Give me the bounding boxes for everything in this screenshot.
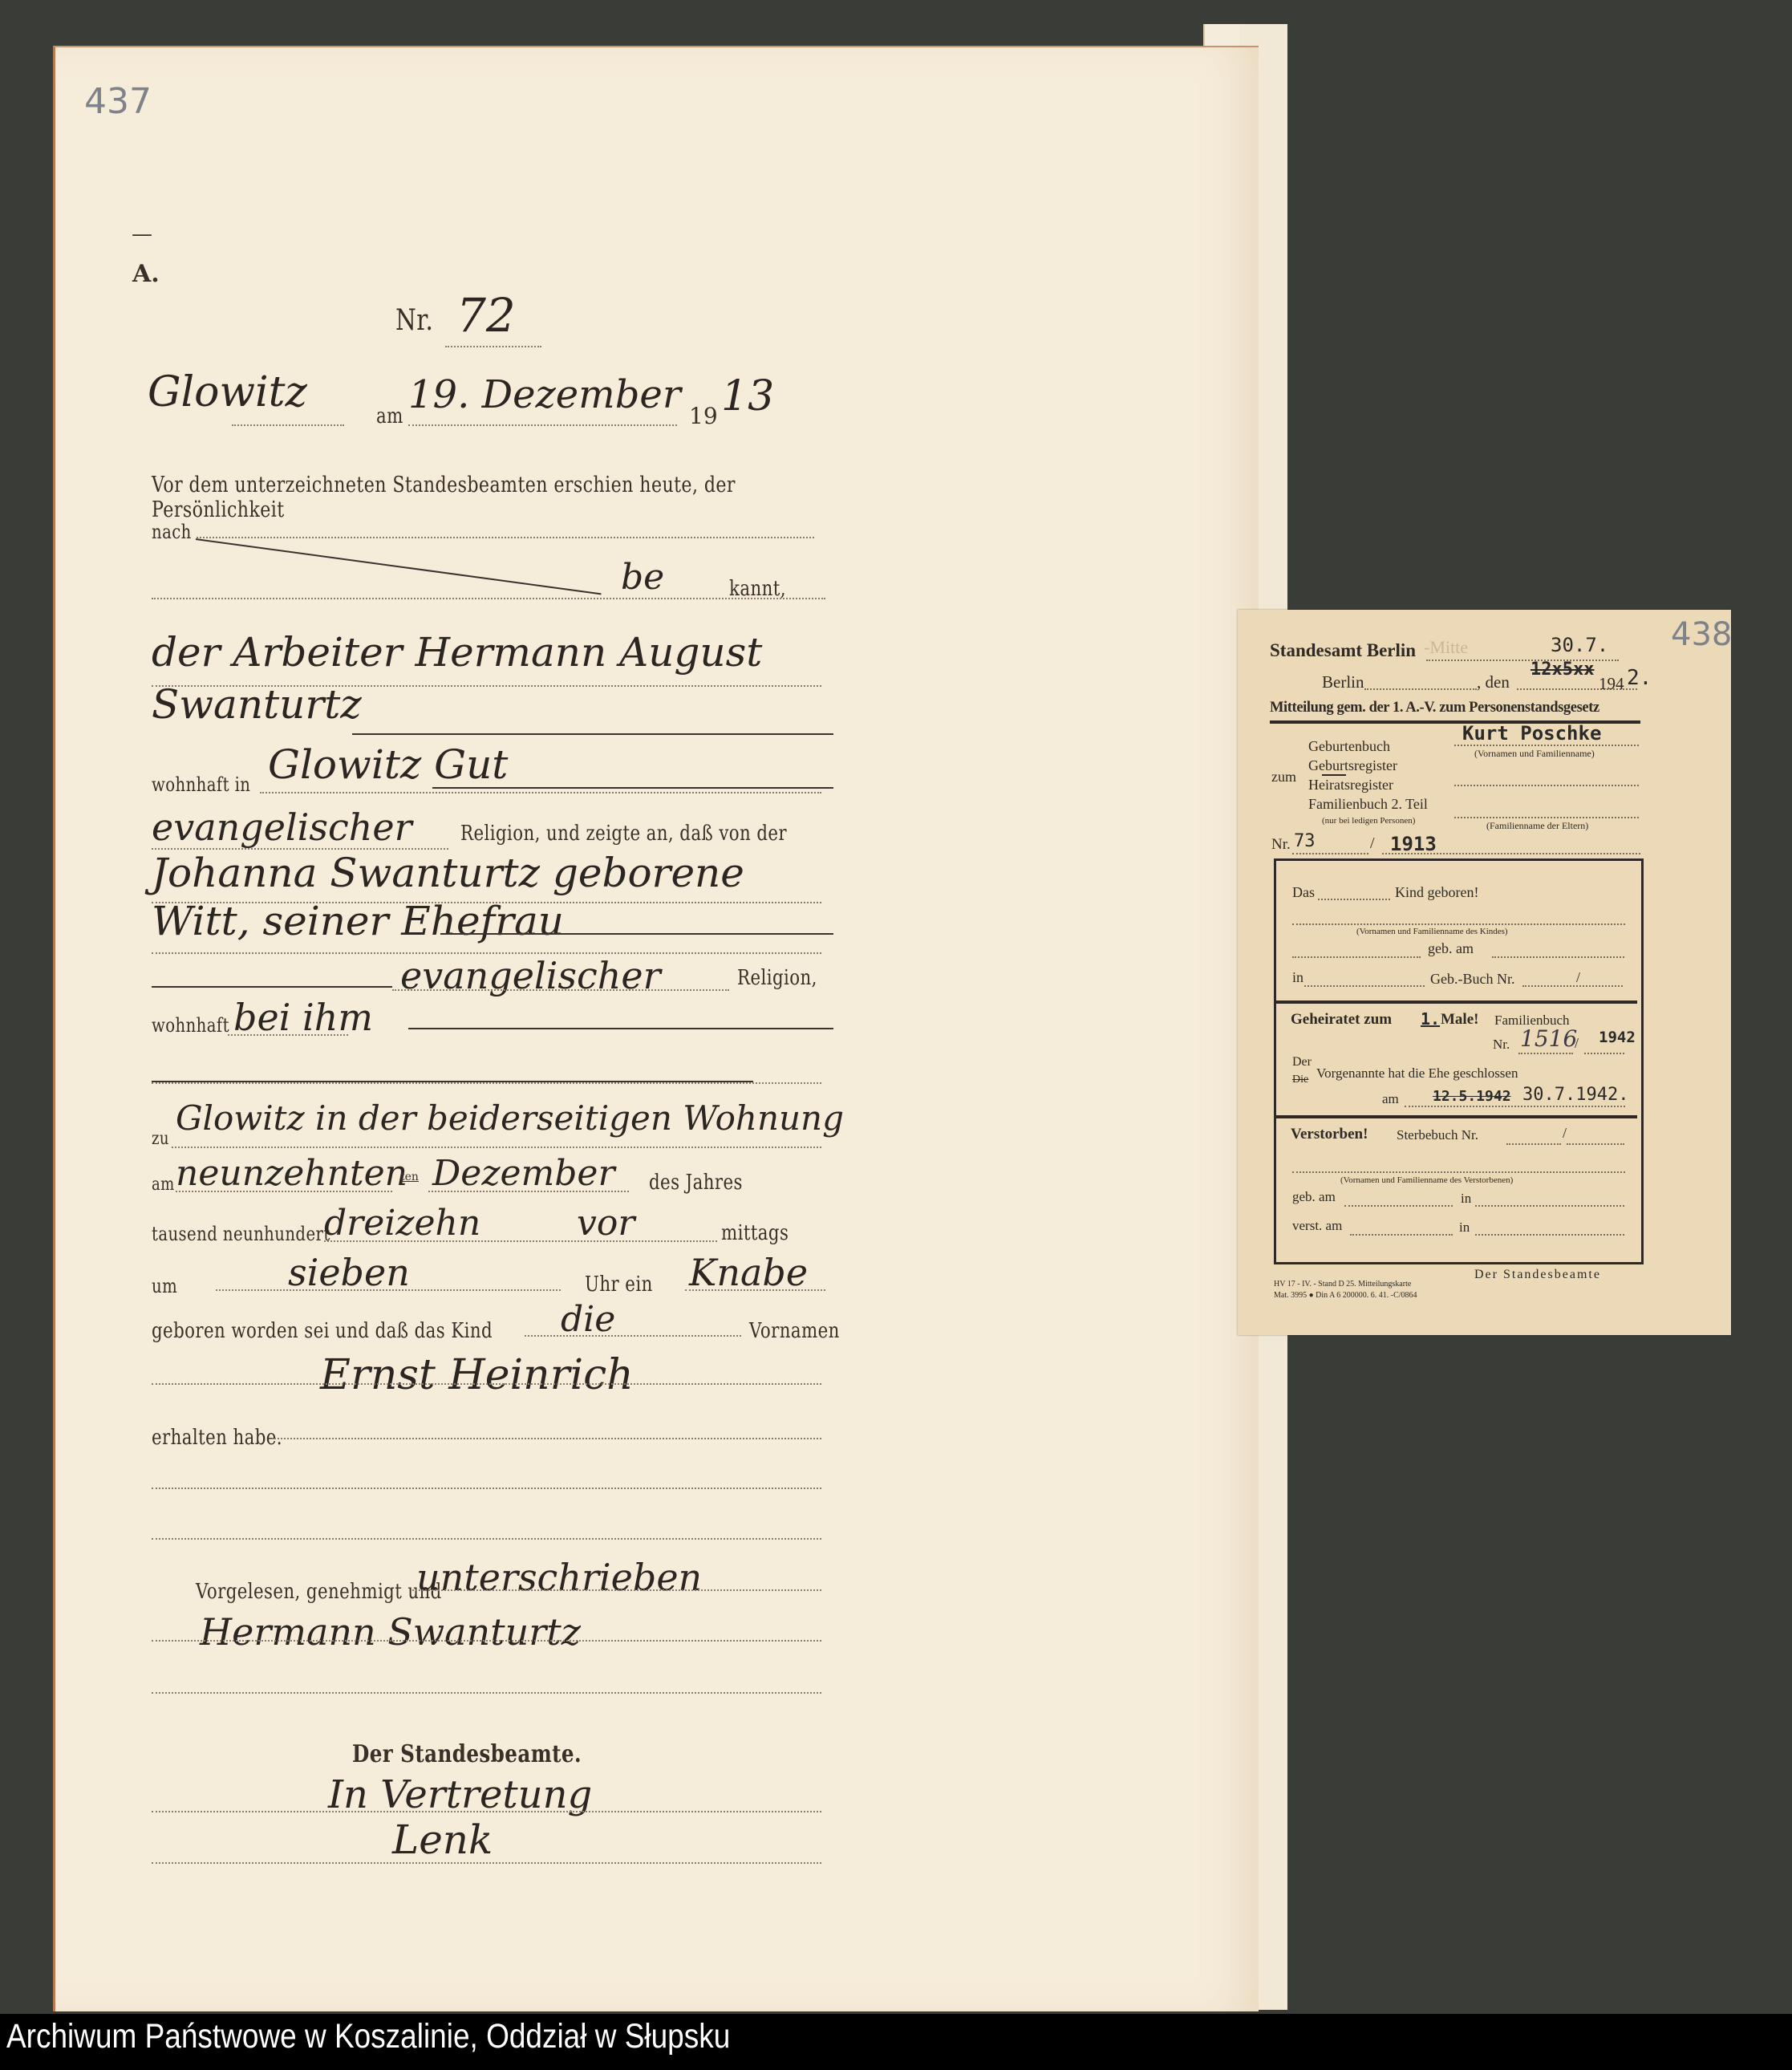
line — [176, 1191, 392, 1192]
wohnhaft-label: wohnhaft — [152, 1014, 229, 1037]
registrar-signature-2: Lenk — [392, 1816, 493, 1863]
line — [1292, 1171, 1625, 1173]
marriage-date-typed: 30.7.1942. — [1522, 1085, 1628, 1105]
line — [408, 1028, 833, 1029]
line — [1382, 853, 1640, 854]
line — [1454, 817, 1639, 818]
child-sex-handwritten: Knabe — [689, 1251, 808, 1294]
line — [228, 1034, 348, 1036]
marriage-nr-label: Nr. — [1493, 1037, 1510, 1053]
marriage-year-typed: 1942 — [1599, 1029, 1636, 1046]
line — [1344, 1205, 1453, 1207]
line — [152, 1692, 821, 1694]
line — [1454, 785, 1639, 786]
line — [428, 1191, 629, 1192]
selection-underline — [1322, 774, 1346, 776]
die-handwritten: die — [561, 1299, 615, 1340]
um-label: um — [152, 1275, 177, 1297]
marriage-text: Vorgenannte hat die Ehe geschlossen — [1316, 1065, 1518, 1082]
ten-label: ten — [400, 1171, 419, 1183]
line — [152, 986, 392, 988]
form-code-1: HV 17 - IV. - Stand D 25. Mitteilungskar… — [1274, 1280, 1411, 1289]
line — [152, 1811, 821, 1812]
line — [172, 1147, 821, 1148]
mittags-label: mittags — [721, 1221, 789, 1245]
married-times-typed: 1. — [1421, 1009, 1440, 1029]
notification-card: 438 Standesamt Berlin -Mitte 30.7. Berli… — [1238, 610, 1731, 1335]
nach-label: nach — [152, 521, 192, 543]
geboren-label: geboren worden sei und daß das Kind — [152, 1319, 493, 1343]
birthplace-handwritten: Glowitz in der beiderseitigen Wohnung — [176, 1098, 844, 1138]
den-label: , den — [1477, 672, 1510, 692]
line — [197, 537, 814, 538]
informant-name-line2: Swanturtz — [152, 681, 362, 728]
card-nr-year: 1913 — [1390, 833, 1437, 855]
book-type-familienbuch: Familienbuch 2. Teil — [1308, 794, 1428, 814]
day-words-handwritten: neunzehnten — [176, 1153, 407, 1194]
vorgelesen-label: Vorgelesen, genehmigt und — [196, 1580, 442, 1604]
card-heading: Mitteilung gem. der 1. A.-V. zum Persone… — [1270, 700, 1599, 716]
page-number-pencil: 437 — [84, 81, 152, 122]
berlin-label: Berlin — [1322, 672, 1364, 692]
marriage-nr-slash: / — [1575, 1035, 1579, 1052]
line — [216, 1289, 561, 1291]
gebbuch-label: Geb.-Buch Nr. — [1430, 971, 1514, 988]
line — [412, 1589, 821, 1591]
struck-date: 12x5xx — [1530, 660, 1594, 680]
uhr-ein-label: Uhr ein — [585, 1272, 653, 1297]
erhalten-label: erhalten habe. — [152, 1426, 282, 1450]
card-nr-value: 73 — [1294, 831, 1316, 851]
gebbuch-slash: / — [1576, 969, 1580, 986]
marriage-am-label: am — [1382, 1091, 1399, 1107]
book-type-geburtsregister: Geburtsregister — [1308, 756, 1428, 775]
card-signature-label: Der Standesbeamte — [1474, 1268, 1601, 1282]
familienbuch-nr-handwritten: 1516 — [1520, 1025, 1577, 1052]
mother-name-line2: Witt, seiner Ehefrau — [152, 898, 564, 944]
in-label: in — [1292, 969, 1303, 986]
residence-2-handwritten: bei ihm — [233, 996, 373, 1039]
das-label: Das — [1292, 884, 1315, 901]
line — [1350, 1234, 1453, 1236]
line — [272, 1438, 821, 1439]
year-printed: 194 — [1599, 674, 1624, 694]
nr-label: Nr. — [395, 304, 433, 337]
vornamen-label: Vornamen — [749, 1319, 840, 1343]
divider — [1276, 1115, 1637, 1118]
line — [432, 787, 833, 789]
kannt-label: kannt, — [729, 577, 786, 601]
strike-through-line — [196, 538, 602, 595]
line — [1475, 1205, 1624, 1207]
death-title: Verstorben! — [1291, 1126, 1368, 1143]
des-jahres-label: des Jahres — [649, 1171, 743, 1195]
residence-handwritten: Glowitz Gut — [268, 741, 508, 788]
office-label: Standesamt Berlin — [1270, 640, 1416, 661]
line — [1584, 1053, 1624, 1054]
informant-signature: Hermann Swanturtz — [200, 1610, 581, 1654]
line — [685, 1289, 825, 1291]
line — [324, 1240, 717, 1242]
am-label: am — [376, 404, 403, 428]
year-typed: 2. — [1627, 666, 1652, 690]
line — [152, 598, 825, 599]
date-handwritten: 19. Dezember — [408, 372, 681, 417]
married-title-b: Male! — [1441, 1011, 1478, 1029]
office-stamp-faint: -Mitte — [1424, 637, 1468, 658]
book-type-geburtenbuch: Geburtenbuch — [1308, 737, 1428, 756]
divider — [1276, 1000, 1637, 1004]
death-in-label: in — [1461, 1191, 1471, 1207]
be-handwritten: be — [621, 557, 664, 598]
line — [260, 792, 821, 793]
nr-slash: / — [1370, 834, 1375, 853]
year-prefix: 19 — [689, 403, 718, 429]
deceased-name-caption: (Vornamen und Familienname des Verstorbe… — [1340, 1175, 1513, 1185]
religion-label-2: Religion, — [737, 966, 817, 990]
marriage-struck-date: 12.5.1942 — [1433, 1088, 1511, 1105]
death-in-label-2: in — [1459, 1220, 1470, 1236]
sterbebuch-slash: / — [1563, 1125, 1567, 1142]
card-nr-label: Nr. — [1271, 836, 1291, 854]
unterschrieben-handwritten: unterschrieben — [416, 1556, 702, 1599]
person-caption: (Vornamen und Familienname) — [1474, 748, 1595, 760]
line — [152, 1082, 821, 1084]
hour-words-handwritten: sieben — [288, 1251, 410, 1294]
religion-text-1: Religion, und zeigte an, daß von der — [460, 822, 829, 846]
section-mark: A. — [132, 260, 160, 288]
child-name-caption: (Vornamen und Familienname des Kindes) — [1356, 927, 1508, 936]
child-names-handwritten: Ernst Heinrich — [320, 1351, 634, 1399]
person-name-typed: Kurt Poschke — [1462, 722, 1601, 745]
year-words-handwritten: dreizehn — [324, 1203, 480, 1244]
card-date-typed: 30.7. — [1551, 634, 1608, 656]
line — [445, 346, 541, 347]
entry-number: 72 — [456, 288, 516, 343]
registrar-label: Der Standesbeamte. — [352, 1740, 582, 1768]
line — [1492, 956, 1624, 958]
place-handwritten: Glowitz — [148, 368, 307, 416]
year-suffix-handwritten: 13 — [721, 372, 774, 420]
line — [152, 1640, 821, 1642]
month-handwritten: Dezember — [432, 1153, 615, 1194]
zu-label: zu — [152, 1129, 169, 1149]
wohnhaft-in-label: wohnhaft in — [152, 773, 250, 796]
line — [1292, 853, 1368, 854]
intro-line: Vor dem unterzeichneten Standesbeamten e… — [152, 473, 862, 522]
form-code-2: Mat. 3995 ● Din A 6 200000. 6. 41. -C/08… — [1274, 1291, 1417, 1300]
line — [1364, 688, 1477, 690]
parents-caption: (Familienname der Eltern) — [1486, 820, 1588, 832]
mother-name-line1: Johanna Swanturtz geborene — [152, 850, 744, 896]
card-page-number-pencil: 438 — [1671, 616, 1732, 653]
der-label: Der — [1292, 1055, 1312, 1069]
informant-name-line1: der Arbeiter Hermann August — [152, 629, 762, 676]
line — [1292, 956, 1421, 958]
line — [232, 424, 344, 426]
line — [352, 733, 833, 735]
book-type-heiratsregister: Heiratsregister — [1308, 775, 1428, 794]
section-dash: — — [132, 222, 152, 246]
archive-caption: Archiwum Państwowe w Koszalinie, Oddział… — [6, 2017, 730, 2056]
line — [1292, 923, 1625, 925]
line — [152, 1488, 821, 1489]
am-label-2: am — [152, 1175, 175, 1195]
line — [152, 1383, 821, 1385]
religion-handwritten-1: evangelischer — [152, 806, 412, 849]
line — [1567, 1143, 1624, 1145]
line — [408, 424, 677, 426]
zum-label: zum — [1271, 769, 1296, 785]
line — [1454, 745, 1639, 746]
kind-geboren-label: Kind geboren! — [1395, 884, 1478, 901]
die-struck: Die — [1292, 1074, 1308, 1086]
register-page: 437 — A. Nr. 72 Glowitz am 19. Dezember … — [53, 46, 1259, 2011]
sterbebuch-label: Sterbebuch Nr. — [1397, 1127, 1478, 1143]
verst-am-label: verst. am — [1292, 1218, 1342, 1234]
line — [152, 1862, 821, 1864]
line — [1475, 1234, 1624, 1236]
vor-handwritten: vor — [577, 1203, 634, 1244]
tausend-label: tausend neunhundert — [152, 1223, 330, 1245]
book-note: (nur bei ledigen Personen) — [1322, 816, 1415, 826]
line — [1405, 1106, 1625, 1107]
line — [152, 1538, 821, 1540]
line — [1304, 985, 1425, 987]
line — [1318, 899, 1390, 900]
geb-am-label: geb. am — [1428, 940, 1474, 957]
line — [392, 989, 729, 991]
death-geb-am-label: geb. am — [1292, 1189, 1336, 1205]
line — [525, 1335, 741, 1337]
line — [1518, 1053, 1573, 1054]
line — [440, 933, 833, 935]
married-title-a: Geheiratet zum — [1291, 1011, 1392, 1029]
line — [1506, 1143, 1561, 1145]
line — [1522, 985, 1623, 987]
